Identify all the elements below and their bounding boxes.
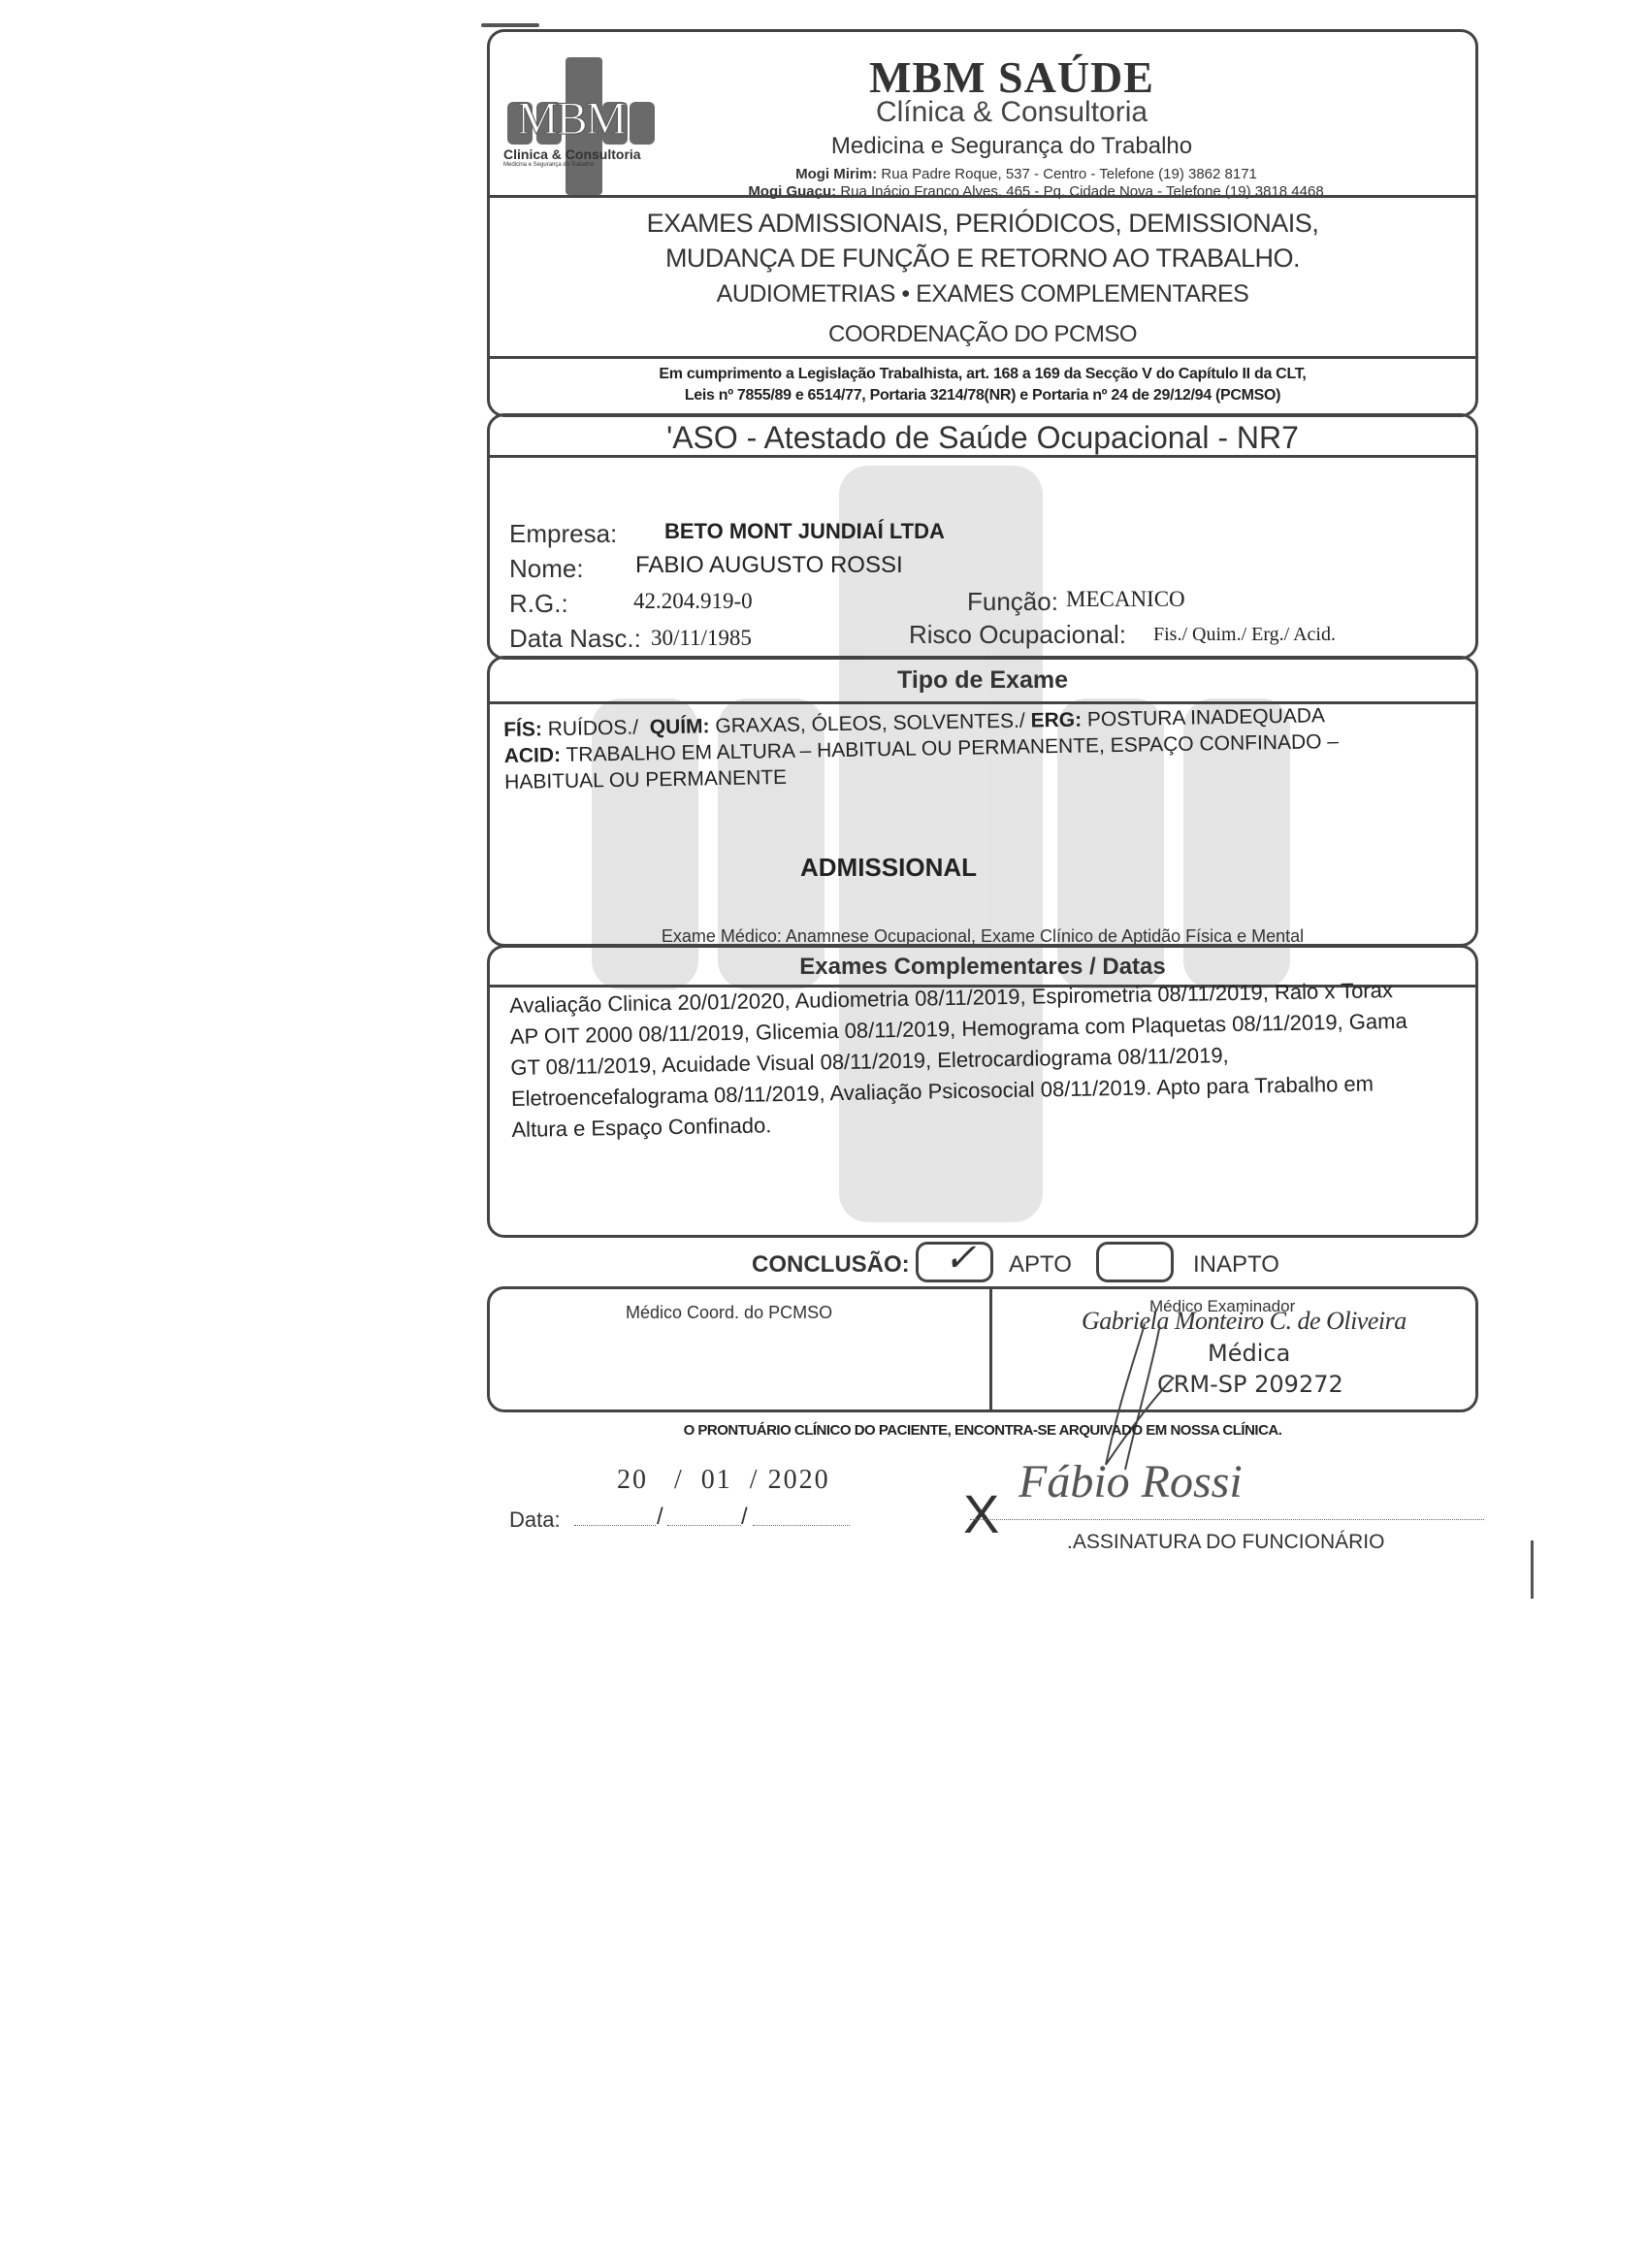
conclusao-label: CONCLUSÃO: bbox=[752, 1251, 910, 1279]
employee-signature: Fábio Rossi bbox=[1018, 1455, 1243, 1508]
tipo-exame-title: Tipo de Exame bbox=[490, 666, 1475, 695]
coord-label: Médico Coord. do PCMSO bbox=[626, 1303, 832, 1323]
nome-value: FABIO AUGUSTO ROSSI bbox=[635, 552, 903, 579]
header-box: MBM Clinica & Consultoria Medicina e Seg… bbox=[487, 29, 1478, 417]
date-label: Data: bbox=[509, 1507, 561, 1533]
brand-tagline: Medicina e Segurança do Trabalho bbox=[490, 133, 1475, 160]
exam-type-value: ADMISSIONAL bbox=[800, 853, 977, 883]
rg-value: 42.204.919-0 bbox=[633, 589, 753, 614]
date-day-field[interactable] bbox=[574, 1525, 656, 1526]
employee-signature-label: .ASSINATURA DO FUNCIONÁRIO bbox=[1067, 1531, 1384, 1554]
examinador-stamp-role: Médica bbox=[1208, 1340, 1290, 1367]
services-line3: AUDIOMETRIAS • EXAMES COMPLEMENTARES bbox=[490, 280, 1475, 308]
legal-line1: Em cumprimento a Legislação Trabalhista,… bbox=[490, 366, 1475, 383]
doctor-signature-icon bbox=[1067, 1319, 1203, 1474]
risco-label: Risco Ocupacional: bbox=[909, 620, 1126, 650]
inapto-label: INAPTO bbox=[1193, 1251, 1279, 1279]
signature-x-mark: X bbox=[963, 1482, 999, 1545]
date-slash: / bbox=[657, 1504, 663, 1531]
date-month-field[interactable] bbox=[667, 1525, 741, 1526]
scan-mark-top bbox=[481, 23, 539, 27]
services-line2: MUDANÇA DE FUNÇÃO E RETORNO AO TRABALHO. bbox=[490, 243, 1475, 274]
complementares-text: Avaliação Clinica 20/01/2020, Audiometri… bbox=[509, 975, 1424, 1146]
date-handwritten: 20 / 01 / 2020 bbox=[617, 1465, 830, 1496]
riscos-ocupacionais: FÍS: RUÍDOS./ QUÍM: GRAXAS, ÓLEOS, SOLVE… bbox=[503, 701, 1377, 795]
aso-title: 'ASO - Atestado de Saúde Ocupacional - N… bbox=[490, 420, 1475, 456]
signature-section: Médico Coord. do PCMSO Médico Examinador… bbox=[487, 1286, 1478, 1412]
funcao-value: MECANICO bbox=[1066, 587, 1185, 612]
scan-mark-right bbox=[1531, 1540, 1534, 1599]
tipo-exame-section: Tipo de Exame FÍS: RUÍDOS./ QUÍM: GRAXAS… bbox=[487, 656, 1478, 947]
date-year-field[interactable] bbox=[753, 1525, 850, 1526]
aso-section: 'ASO - Atestado de Saúde Ocupacional - N… bbox=[487, 413, 1478, 660]
employee-signature-line[interactable] bbox=[970, 1519, 1484, 1520]
divider bbox=[490, 356, 1475, 359]
divider bbox=[490, 455, 1475, 458]
services-line1: EXAMES ADMISSIONAIS, PERIÓDICOS, DEMISSI… bbox=[490, 209, 1475, 239]
nascimento-value: 30/11/1985 bbox=[651, 626, 752, 651]
check-mark-icon: ✓ bbox=[944, 1235, 977, 1280]
apto-checkbox[interactable]: ✓ bbox=[916, 1242, 993, 1282]
divider bbox=[490, 195, 1475, 198]
legal-line2: Leis nº 7855/89 e 6514/77, Portaria 3214… bbox=[490, 387, 1475, 405]
inapto-checkbox[interactable] bbox=[1096, 1242, 1174, 1282]
nome-label: Nome: bbox=[509, 554, 584, 584]
exame-medico-text: Exame Médico: Anamnese Ocupacional, Exam… bbox=[490, 926, 1475, 947]
prontuario-notice: O PRONTUÁRIO CLÍNICO DO PACIENTE, ENCONT… bbox=[487, 1422, 1478, 1439]
empresa-value: BETO MONT JUNDIAÍ LTDA bbox=[664, 519, 945, 544]
brand-subtitle: Clínica & Consultoria bbox=[490, 96, 1475, 129]
rg-label: R.G.: bbox=[509, 589, 568, 619]
date-slash: / bbox=[741, 1504, 748, 1531]
coord-signature-box: Médico Coord. do PCMSO bbox=[490, 1289, 992, 1409]
nascimento-label: Data Nasc.: bbox=[509, 624, 641, 654]
services-line4: COORDENAÇÃO DO PCMSO bbox=[490, 321, 1475, 348]
address-mogi-mirim: Mogi Mirim: Rua Padre Roque, 537 - Centr… bbox=[490, 166, 1475, 182]
empresa-label: Empresa: bbox=[509, 519, 617, 549]
exames-complementares-section: Exames Complementares / Datas Avaliação … bbox=[487, 945, 1478, 1238]
funcao-label: Função: bbox=[967, 587, 1058, 617]
apto-label: APTO bbox=[1009, 1251, 1072, 1279]
risco-value: Fis./ Quim./ Erg./ Acid. bbox=[1153, 624, 1336, 646]
